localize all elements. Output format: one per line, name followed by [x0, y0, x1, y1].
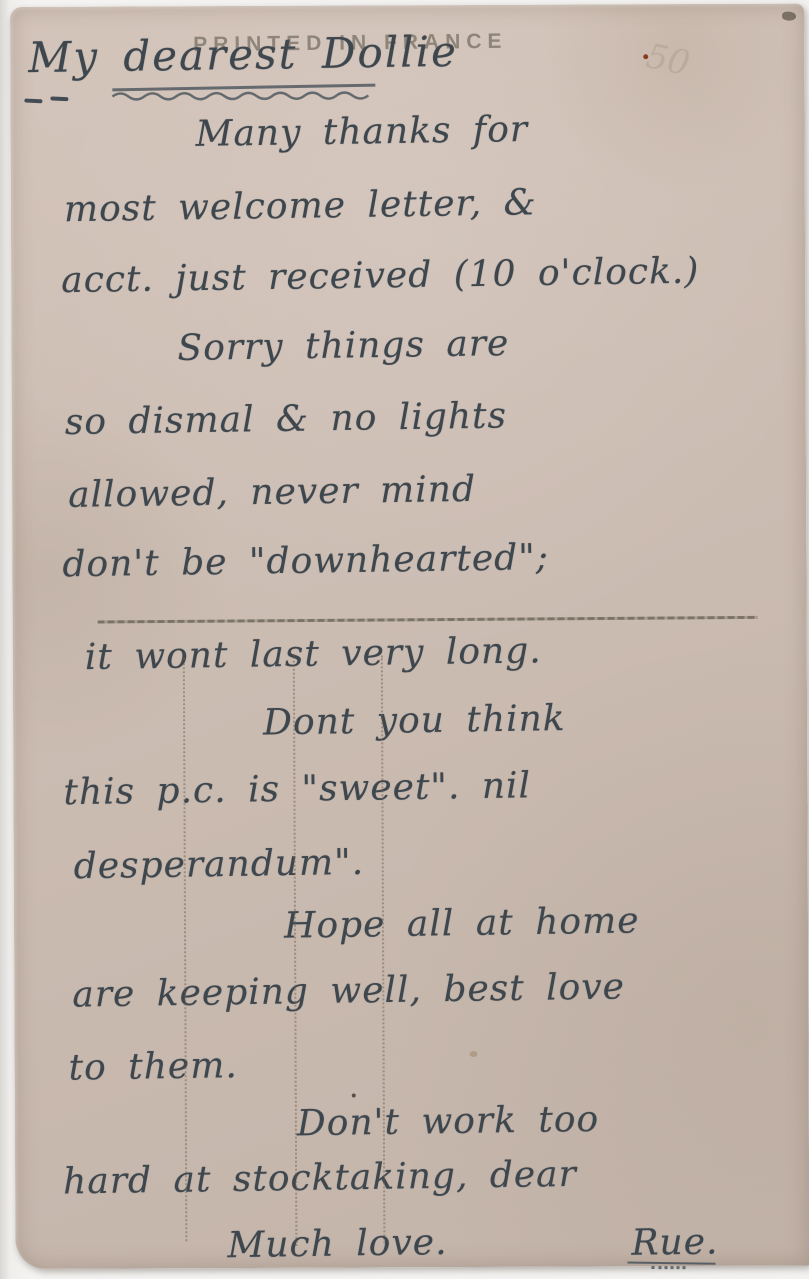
letter-line: are keeping well, best love: [72, 966, 625, 1015]
letter-line: this p.c. is "sweet". nil: [63, 765, 531, 813]
salutation-underline-squiggle: [110, 88, 380, 101]
letter-line: it wont last very long.: [85, 630, 542, 678]
letter-line: most welcome letter, &: [64, 182, 537, 230]
paper-speck: [782, 12, 796, 21]
letter-line: to them.: [68, 1045, 238, 1089]
postcard-divider-line: [98, 616, 758, 624]
address-dotted-line: [183, 658, 188, 1241]
pencil-mark: 50: [643, 36, 694, 84]
letter-line: Much love.: [227, 1222, 448, 1266]
my-underline-dash: [24, 98, 42, 103]
letter-line: Hope all at home: [284, 900, 640, 946]
letter-line: Many thanks for: [195, 109, 528, 155]
signature-underline-dots: [652, 1266, 686, 1269]
letter-line: acct. just received (10 o'clock.): [61, 251, 700, 301]
letter-line: Don't work too: [297, 1099, 600, 1144]
my-underline-dash: [50, 96, 68, 101]
paper-speck: [352, 1094, 356, 1098]
paper-speck: [643, 54, 648, 59]
letter-line: allowed, never mind: [68, 469, 476, 516]
letter-line: so dismal & no lights: [65, 396, 508, 444]
letter-line: hard at stocktaking, dear: [63, 1154, 577, 1203]
letter-line: don't be "downhearted";: [62, 537, 549, 585]
postcard-paper: PRINTED IN FRANCE 50 My dearest Dollie M…: [10, 4, 809, 1269]
signature-underline: [627, 1262, 715, 1265]
paper-speck: [470, 1051, 478, 1057]
letter-line: Sorry things are: [177, 323, 509, 369]
signature: Rue.: [631, 1221, 719, 1263]
letter-line: Dont you think: [263, 698, 566, 743]
letter-line: desperandum".: [73, 842, 364, 887]
salutation-line: My dearest Dollie: [28, 27, 458, 82]
address-dotted-line: [381, 655, 386, 1243]
postcard-scan: PRINTED IN FRANCE 50 My dearest Dollie M…: [0, 0, 809, 1279]
